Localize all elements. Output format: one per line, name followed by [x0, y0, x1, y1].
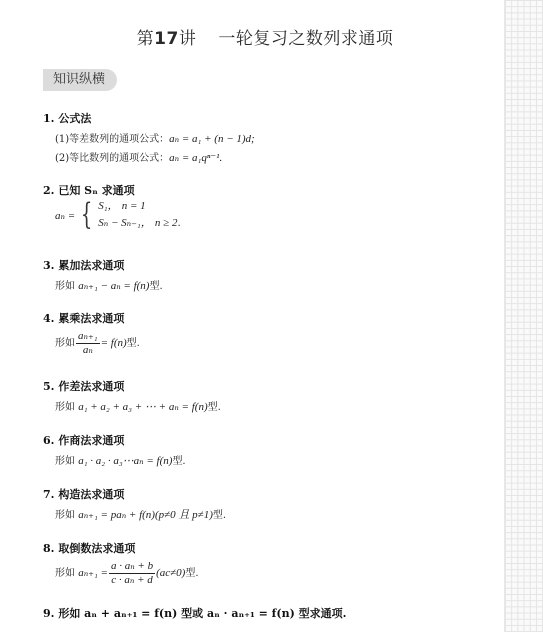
section-formula-method: 1. 公式法 (1)等差数列的通项公式：aₙ = a₁ + (n − 1)d; … — [43, 110, 255, 164]
section-accumulate-add: 3. 累加法求通项 形如 aₙ₊₁ − aₙ = f(n)型. — [43, 257, 163, 292]
case-cond: n = 1 — [122, 200, 146, 212]
end-punct: . — [177, 218, 180, 229]
section-construct: 7. 构造法求通项 形如 aₙ₊₁ = paₙ + f(n)(p≠0 且 p≠1… — [43, 486, 226, 522]
line-label: (1)等差数列的通项公式： — [55, 134, 169, 145]
piecewise-formula: aₙ = { S₁， n = 1 Sₙ − Sₙ₋₁， n ≥ 2. — [55, 198, 181, 232]
formula-line: 形如 a₁ + a₂ + a₃ + ⋯ + aₙ = f(n)型. — [55, 398, 221, 413]
formula: = f(n) — [101, 337, 127, 349]
prefix: 形如 — [55, 402, 75, 413]
formula-line: 形如 a₁ · a₂ · a₃⋯aₙ = f(n)型. — [55, 452, 186, 467]
suffix: 型. — [185, 568, 198, 579]
section-heading: 5. 作差法求通项 — [43, 378, 221, 394]
section-heading: 2. 已知 Sₙ 求通项 — [43, 182, 181, 198]
formula: a₁ + a₂ + a₃ + ⋯ + aₙ = f(n) — [78, 401, 207, 413]
section-heading: 1. 公式法 — [43, 110, 255, 126]
formula-line: 形如 aₙ₊₁ = paₙ + f(n)(p≠0 且 p≠1)型. — [55, 506, 226, 522]
section-heading: 6. 作商法求通项 — [43, 432, 186, 448]
formula-line: 形如 aₙ₊₁ =a · aₙ + bc · aₙ + d(ac≠0)型. — [55, 560, 199, 587]
denominator: c · aₙ + d — [109, 574, 155, 587]
formula: aₙ = a₁qⁿ⁻¹. — [169, 152, 222, 164]
section-difference: 5. 作差法求通项 形如 a₁ + a₂ + a₃ + ⋯ + aₙ = f(n… — [43, 378, 221, 413]
formula-line: 形如aₙ₊₁aₙ= f(n)型. — [55, 330, 140, 357]
lecture-number: 17 — [154, 29, 179, 49]
suffix: 型. — [149, 281, 162, 292]
numerator: aₙ₊₁ — [76, 330, 100, 344]
geometric-formula-line: (2)等比数列的通项公式：aₙ = a₁qⁿ⁻¹. — [55, 149, 255, 164]
lecture-suffix: 讲 — [179, 29, 197, 49]
formula-lhs: aₙ = — [55, 209, 75, 222]
lecture-title: 一轮复习之数列求通项 — [218, 29, 393, 49]
section-heading: 7. 构造法求通项 — [43, 486, 226, 502]
section-accumulate-multiply: 4. 累乘法求通项 形如aₙ₊₁aₙ= f(n)型. — [43, 310, 140, 357]
page-title: 第17讲一轮复习之数列求通项 — [0, 24, 530, 49]
prefix: 形如 — [55, 510, 75, 521]
section-heading: 9. 形如 aₙ + aₙ₊₁ = f(n) 型或 aₙ · aₙ₊₁ = f(… — [43, 605, 346, 621]
case-expr: Sₙ − Sₙ₋₁， — [98, 217, 151, 229]
fraction: aₙ₊₁aₙ — [76, 330, 100, 357]
brace-icon: { — [81, 200, 92, 230]
section-heading: 3. 累加法求通项 — [43, 257, 163, 273]
prefix: 形如 — [55, 568, 75, 579]
formula: aₙ = a₁ + (n − 1)d; — [169, 133, 255, 145]
lecture-prefix: 第 — [137, 29, 155, 49]
suffix: 型. — [208, 402, 221, 413]
denominator: aₙ — [76, 344, 100, 357]
document-page: 第17讲一轮复习之数列求通项 知识纵横 1. 公式法 (1)等差数列的通项公式：… — [0, 0, 504, 632]
section-reciprocal: 8. 取倒数法求通项 形如 aₙ₊₁ =a · aₙ + bc · aₙ + d… — [43, 540, 199, 587]
grid-paper-panel — [504, 0, 543, 632]
case-expr: S₁， — [98, 200, 118, 212]
numerator: a · aₙ + b — [109, 560, 155, 574]
suffix: 型. — [213, 510, 226, 521]
suffix: 型. — [127, 338, 140, 349]
formula-lhs: aₙ₊₁ = — [78, 567, 108, 579]
section-badge: 知识纵横 — [43, 69, 117, 91]
prefix: 形如 — [55, 456, 75, 467]
section-heading: 8. 取倒数法求通项 — [43, 540, 199, 556]
prefix: 形如 — [55, 338, 75, 349]
formula-line: 形如 aₙ₊₁ − aₙ = f(n)型. — [55, 277, 163, 292]
suffix: 型. — [172, 456, 185, 467]
section-heading: 4. 累乘法求通项 — [43, 310, 140, 326]
case-cond: n ≥ 2 — [155, 217, 178, 229]
formula: aₙ₊₁ − aₙ = f(n) — [78, 280, 149, 292]
formula: aₙ₊₁ = paₙ + f(n)(p≠0 且 p≠1) — [78, 509, 213, 521]
section-sn-method: 2. 已知 Sₙ 求通项 aₙ = { S₁， n = 1 Sₙ − Sₙ₋₁，… — [43, 182, 181, 232]
section-sum-product: 9. 形如 aₙ + aₙ₊₁ = f(n) 型或 aₙ · aₙ₊₁ = f(… — [43, 605, 346, 621]
fraction: a · aₙ + bc · aₙ + d — [109, 560, 155, 587]
formula: (ac≠0) — [156, 567, 185, 579]
prefix: 形如 — [55, 281, 75, 292]
line-label: (2)等比数列的通项公式： — [55, 153, 169, 164]
section-quotient: 6. 作商法求通项 形如 a₁ · a₂ · a₃⋯aₙ = f(n)型. — [43, 432, 186, 467]
formula: a₁ · a₂ · a₃⋯aₙ = f(n) — [78, 455, 172, 467]
arithmetic-formula-line: (1)等差数列的通项公式：aₙ = a₁ + (n − 1)d; — [55, 130, 255, 145]
